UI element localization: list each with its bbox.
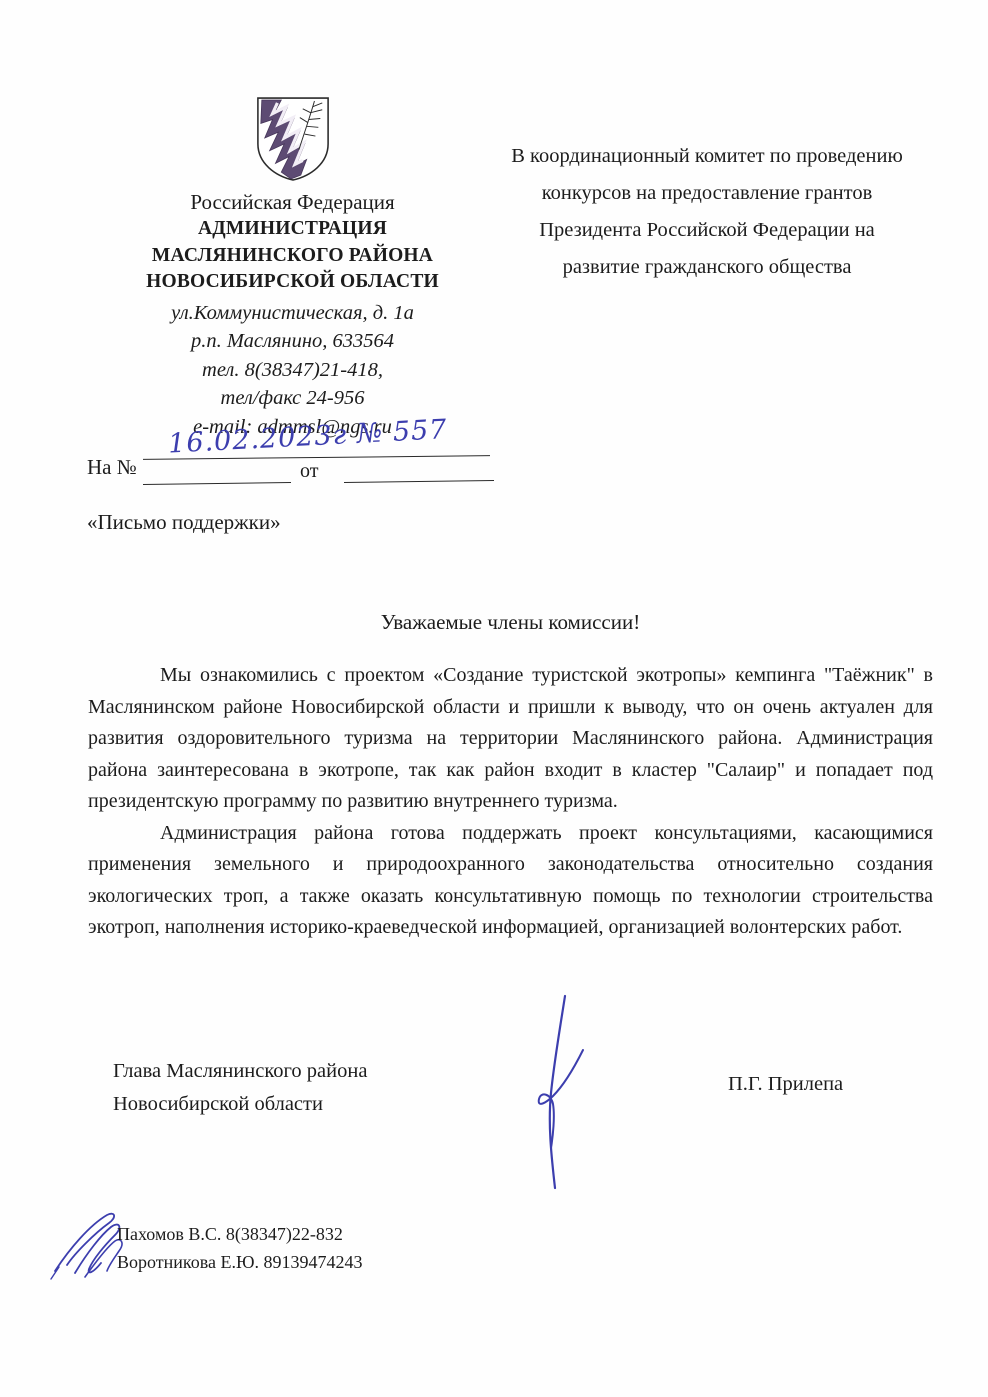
coat-of-arms-icon (254, 95, 332, 183)
org-name-line1: АДМИНИСТРАЦИЯ (120, 216, 465, 243)
executor-contact-2: Воротникова Е.Ю. 89139474243 (117, 1248, 362, 1276)
letter-body: Мы ознакомились с проектом «Создание тур… (88, 660, 933, 944)
signatory-position-line1: Глава Маслянинского района (113, 1055, 367, 1088)
signatory-position-line2: Новосибирской области (113, 1088, 367, 1121)
body-paragraph-2: Администрация района готова поддержать п… (88, 818, 933, 944)
subject-line: «Письмо поддержки» (87, 510, 281, 535)
org-name-line3: НОВОСИБИРСКОЙ ОБЛАСТИ (120, 269, 465, 296)
reference-line-right (344, 480, 494, 483)
recipient-block: В координационный комитет по проведению … (503, 138, 911, 286)
ot-label: от (300, 460, 318, 483)
signatory-position: Глава Маслянинского района Новосибирской… (113, 1055, 367, 1121)
sender-header-block: Российская Федерация АДМИНИСТРАЦИЯ МАСЛЯ… (120, 95, 465, 441)
greeting-line: Уважаемые члены комиссии! (88, 610, 933, 635)
executor-contacts: Пахомов В.С. 8(38347)22-832 Воротникова … (117, 1220, 362, 1276)
reference-line-left (143, 482, 291, 485)
org-address-street: ул.Коммунистическая, д. 1а (120, 299, 465, 328)
org-phone: тел. 8(38347)21-418, (120, 356, 465, 385)
na-no-label: На № (87, 455, 137, 480)
handwritten-signature (513, 988, 603, 1203)
signatory-name: П.Г. Прилепа (728, 1073, 843, 1096)
org-fax: тел/факс 24-956 (120, 384, 465, 413)
org-address-town: р.п. Маслянино, 633564 (120, 327, 465, 356)
executor-contact-1: Пахомов В.С. 8(38347)22-832 (117, 1220, 362, 1248)
scanned-letter-page: Российская Федерация АДМИНИСТРАЦИЯ МАСЛЯ… (0, 0, 988, 1397)
org-country: Российская Федерация (120, 189, 465, 216)
body-paragraph-1: Мы ознакомились с проектом «Создание тур… (88, 660, 933, 818)
org-name-line2: МАСЛЯНИНСКОГО РАЙОНА (120, 243, 465, 270)
